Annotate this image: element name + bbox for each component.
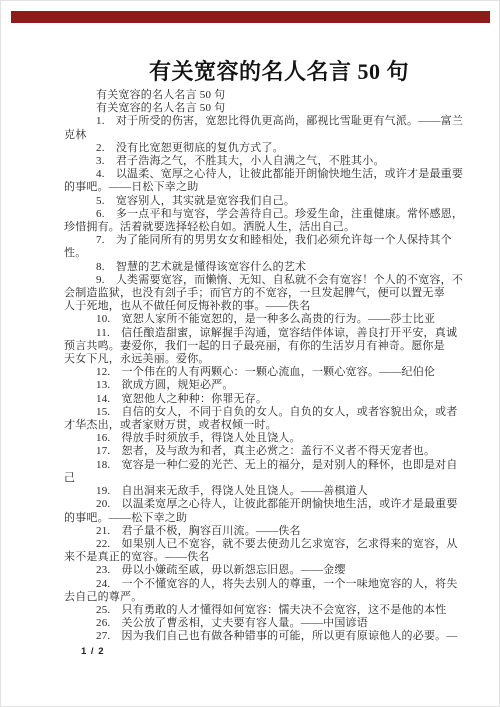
text-line: 的事吧。——松下幸之助 [64, 512, 456, 525]
text-line: 11. 信任酿造甜蜜，谅解握手沟通，宽容结伴体谅，善良打开平安，真诚 [64, 327, 456, 340]
text-line: 20. 以温柔宽厚之心待人，让彼此都能开朗愉快地生活，或许才是最重要 [64, 498, 456, 511]
text-line: 8. 智慧的艺术就是懂得该宽容什么的艺术 [64, 261, 456, 274]
text-line: 17. 恕者，及与敌为和者，真主必赏之：盖行不义者不得天宠者也。 [64, 445, 456, 458]
text-line: 23. 毋以小嫌疏至戚，毋以新怨忘旧恩。——金缨 [64, 564, 456, 577]
page-indicator: 1 / 2 [81, 646, 105, 657]
text-line: 有关宽容的名人名言 50 句 [64, 102, 456, 115]
document-page: 有关宽容的名人名言 50 句 有关宽容的名人名言 50 句有关宽容的名人名言 5… [0, 0, 500, 707]
text-line: 25. 只有勇敢的人才懂得如何宽容：懦夫决不会宽容，这不是他的本性 [64, 604, 456, 617]
page-title: 有关宽容的名人名言 50 句 [1, 55, 499, 86]
text-line: 19. 自出洞来无敌手，得饶人处且饶人。——善棋道人 [64, 485, 456, 498]
text-line: 24. 一个不懂宽容的人，将失去别人的尊重，一个一味地宽容的人，将失 [64, 578, 456, 591]
text-line: 天女下凡，永远美丽。爱你。 [64, 353, 456, 366]
text-line: 21. 君子量不极，胸容百川流。——佚名 [64, 525, 456, 538]
text-line: 2. 没有比宽恕更彻底的复仇方式了。 [64, 142, 456, 155]
text-line: 4. 以温柔、宽厚之心待人，让彼此都能开朗愉快地生活，或许才是最重要 [64, 168, 456, 181]
text-line: 有关宽容的名人名言 50 句 [64, 89, 456, 102]
text-line: 才华杰出，或者家财万贯，或者权倾一时。 [64, 419, 456, 432]
text-line: 己 [64, 472, 456, 485]
text-line: 13. 欲成方圆，规矩必严。 [64, 379, 456, 392]
text-line: 6. 多一点平和与宽容，学会善待自己。珍爱生命，注重健康。常怀感恩， [64, 208, 456, 221]
top-red-bar [11, 11, 490, 23]
text-line: 3. 君子浩海之气，不胜其大，小人自满之气，不胜其小。 [64, 155, 456, 168]
text-line: 26. 关公放了曹丞相，丈夫要有容人量。——中国谚语 [64, 617, 456, 630]
text-line: 去自己的尊严。 [64, 591, 456, 604]
text-line: 5. 宽容别人，其实就是宽容我们自己。 [64, 195, 456, 208]
text-line: 16. 得放手时须放手，得饶人处且饶人。 [64, 432, 456, 445]
text-line: 7. 为了能同所有的男男女女和睦相处，我们必须允许每一个人保持其个 [64, 234, 456, 247]
text-line: 12. 一个伟在的人有两颗心：一颗心流血，一颗心宽容。——纪伯伦 [64, 366, 456, 379]
text-line: 27. 因为我们自己也有做各种错事的可能，所以更有原谅他人的必要。— [64, 630, 456, 643]
text-line: 人于死地，也从不做任何反悔补救的事。——佚名 [64, 300, 456, 313]
text-line: 性。 [64, 247, 456, 260]
document-body: 有关宽容的名人名言 50 句有关宽容的名人名言 50 句1. 对于所受的伤害，宽… [64, 89, 456, 644]
text-line: 10. 宽恕人家所不能宽恕的，是一种多么高贵的行为。——莎士比亚 [64, 313, 456, 326]
text-line: 珍惜拥有。活着就要选择轻松自如。洒脱人生，活出自己。 [64, 221, 456, 234]
text-line: 14. 宽恕他人之种种：你罪无存。 [64, 393, 456, 406]
text-line: 会制造监狱，也没有刽子手；而官方的不宽容，一旦发起脾气，便可以置无辜 [64, 287, 456, 300]
text-line: 预言共鸣。妻爱你，我们一起的日子最亮丽，有你的生活岁月有神奇。愿你是 [64, 340, 456, 353]
text-line: 22. 如果别人已不宽容，就不要去使劲儿乞求宽容，乞求得来的宽容，从 [64, 538, 456, 551]
text-line: 来不是真正的宽容。——佚名 [64, 551, 456, 564]
text-line: 的事吧。——日松下幸之助 [64, 181, 456, 194]
text-line: 9. 人类需要宽容，而懒惰、无知、自私就不会有宽容！个人的不宽容，不 [64, 274, 456, 287]
text-line: 18. 宽容是一种仁爱的光芒、无上的福分，是对别人的释怀，也即是对自 [64, 459, 456, 472]
text-line: 1. 对于所受的伤害，宽恕比得仇更高尚，鄙视比雪耻更有气派。——富兰 [64, 115, 456, 128]
document-viewport: 有关宽容的名人名言 50 句 有关宽容的名人名言 50 句有关宽容的名人名言 5… [0, 0, 500, 707]
text-line: 克林 [64, 129, 456, 142]
text-line: 15. 自信的女人，不同于自负的女人。自负的女人，或者容貌出众，或者 [64, 406, 456, 419]
